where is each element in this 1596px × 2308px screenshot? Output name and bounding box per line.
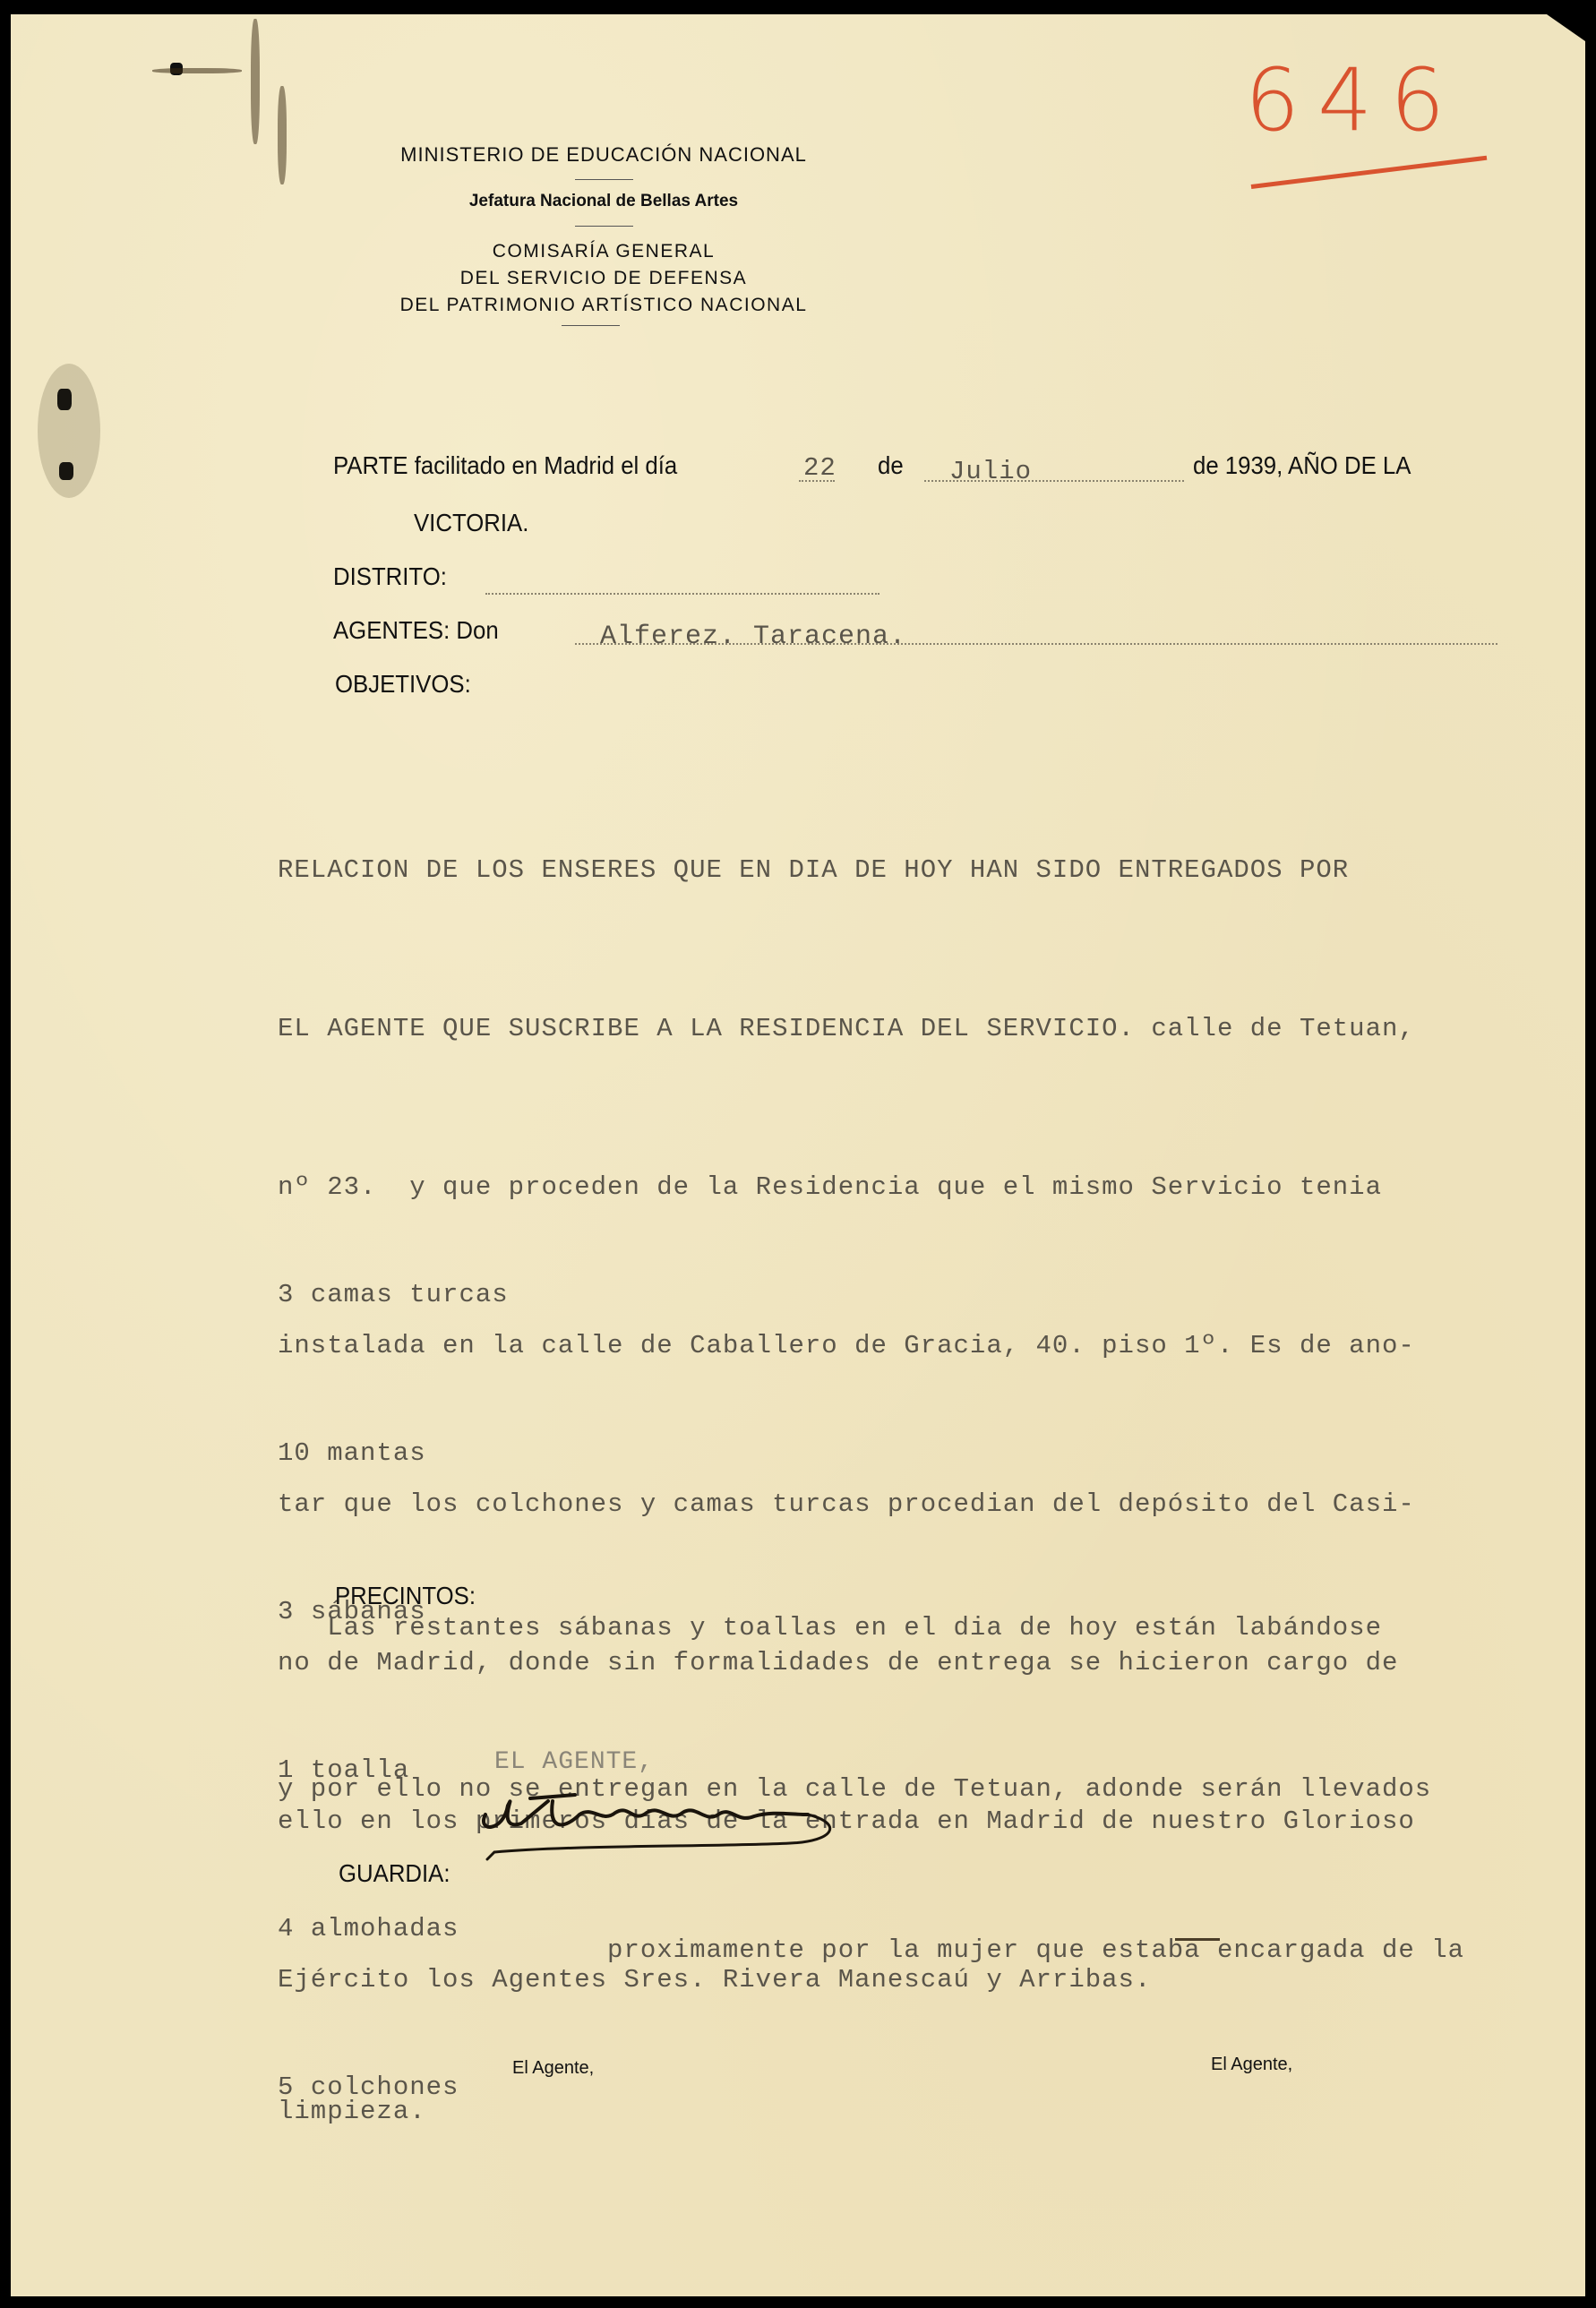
guardia-label: GUARDIA: — [339, 1859, 450, 1888]
signature-label: EL AGENTE, — [494, 1748, 654, 1776]
parte-label: PARTE facilitado en Madrid el día — [333, 451, 677, 480]
closing-line: y por ello no se entregan en la calle de… — [278, 1763, 1464, 1816]
divider — [562, 325, 620, 326]
commission-line-1: COMISARÍA GENERAL — [335, 238, 872, 265]
department-heading: Jefatura Nacional de Bellas Artes — [335, 192, 872, 211]
list-item: 10 mantas — [278, 1427, 509, 1480]
year-label: de 1939, AÑO DE LA — [1193, 451, 1411, 480]
archive-number-underline — [1251, 156, 1488, 189]
rust-stain — [38, 364, 100, 498]
footer-agent-right: El Agente, — [1211, 2055, 1292, 2075]
agentes-value: Alferez. Taracena. — [600, 622, 906, 652]
divider — [575, 226, 633, 227]
objetivos-label: OBJETIVOS: — [335, 670, 471, 699]
ink-mark — [1175, 1938, 1220, 1941]
body-line: EL AGENTE QUE SUSCRIBE A LA RESIDENCIA D… — [278, 1002, 1415, 1055]
closing-line: limpieza. — [278, 2085, 1464, 2139]
month-value: Julio — [949, 457, 1032, 486]
list-item: 3 camas turcas — [278, 1268, 509, 1321]
rust-stain — [251, 19, 260, 144]
divider — [575, 179, 633, 180]
victoria-label: VICTORIA. — [414, 509, 528, 537]
rust-stain — [152, 68, 242, 73]
commission-heading: COMISARÍA GENERAL DEL SERVICIO DE DEFENS… — [335, 238, 872, 319]
ministry-heading: MINISTERIO DE EDUCACIÓN NACIONAL — [335, 143, 872, 167]
archive-number: 646 — [1245, 50, 1463, 150]
distrito-field-line — [485, 593, 880, 595]
de-label: de — [878, 451, 904, 480]
distrito-label: DISTRITO: — [333, 562, 447, 591]
commission-line-2: DEL SERVICIO DE DEFENSA — [335, 265, 872, 292]
closing-line: proximamente por la mujer que estaba enc… — [278, 1924, 1464, 1978]
document-page: 646 MINISTERIO DE EDUCACIÓN NACIONAL Jef… — [11, 14, 1585, 2296]
agentes-label: AGENTES: Don — [333, 616, 499, 645]
body-line: RELACION DE LOS ENSERES QUE EN DIA DE HO… — [278, 844, 1415, 897]
rust-stain — [278, 86, 287, 184]
signature — [468, 1779, 862, 1868]
footer-agent-left: El Agente, — [512, 2058, 594, 2079]
commission-line-3: DEL PATRIMONIO ARTÍSTICO NACIONAL — [335, 292, 872, 319]
precintos-label: PRECINTOS: — [335, 1582, 476, 1610]
day-value: 22 — [803, 453, 837, 483]
